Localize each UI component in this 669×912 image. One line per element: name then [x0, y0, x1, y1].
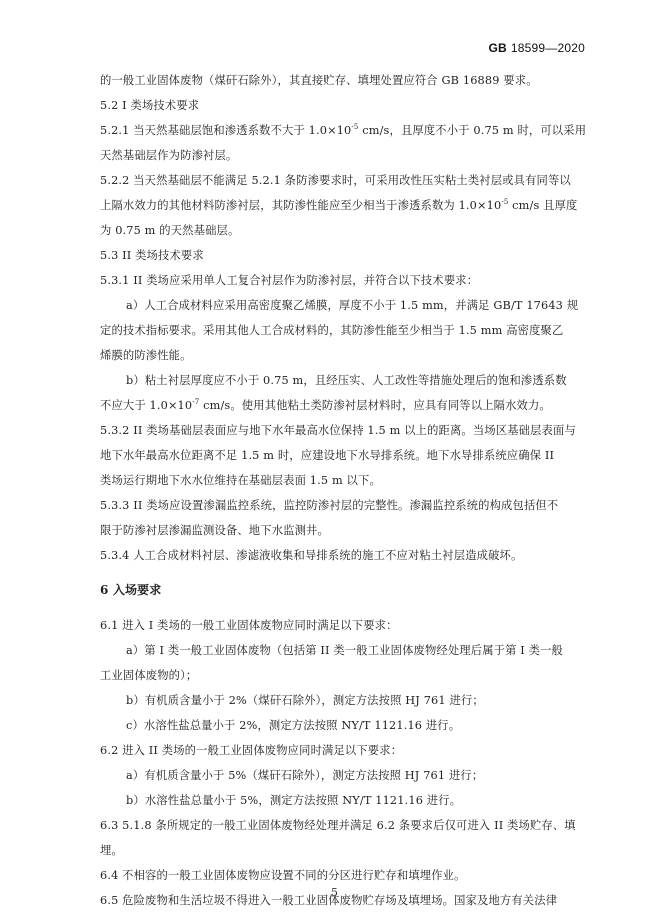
clause-5-3-3: 5.3.3 II 类场应设置渗漏监控系统，监控防渗衬层的完整性。渗漏监控系统的构… [100, 493, 580, 518]
paragraph-line: 不应大于 1.0×10-7 cm/s。使用其他粘土类防渗衬层材料时，应具有同等以… [100, 393, 580, 418]
list-item-c: c）水溶性盐总量小于 2%，测定方法按照 NY/T 1121.16 进行。 [100, 713, 580, 738]
clause-6-2: 6.2 进入 II 类场的一般工业固体废物应同时满足以下要求： [100, 738, 580, 763]
list-item-a: a）第 I 类一般工业固体废物（包括第 II 类一般工业固体废物经处理后属于第 … [100, 638, 580, 663]
paragraph-line: 烯膜的防渗性能。 [100, 343, 580, 368]
clause-6-1: 6.1 进入 I 类场的一般工业固体废物应同时满足以下要求： [100, 613, 580, 638]
clause-5-2-2: 5.2.2 当天然基础层不能满足 5.2.1 条防渗要求时，可采用改性压实粘土类… [100, 168, 580, 193]
page-number: 5 [0, 886, 669, 899]
section-title-5-3: 5.3 II 类场技术要求 [100, 243, 580, 268]
clause-5-2-1: 5.2.1 当天然基础层饱和渗透系数不大于 1.0×10-5 cm/s，且厚度不… [100, 118, 580, 143]
standard-prefix: GB [489, 41, 507, 55]
paragraph-line: 限于防渗衬层渗漏监测设备、地下水监测井。 [100, 518, 580, 543]
chapter-heading-6: 6 入场要求 [100, 578, 580, 603]
paragraph-line: 上隔水效力的其他材料防渗衬层，其防渗性能应至少相当于渗透系数为 1.0×10-5… [100, 193, 580, 218]
clause-6-4: 6.4 不相容的一般工业固体废物应设置不同的分区进行贮存和填埋作业。 [100, 863, 580, 888]
list-item-a: a）人工合成材料应采用高密度聚乙烯膜，厚度不小于 1.5 mm，并满足 GB/T… [100, 293, 580, 318]
standard-number: 18599—2020 [511, 41, 585, 55]
document-header: GB18599—2020 [489, 41, 585, 55]
clause-5-3-4: 5.3.4 人工合成材料衬层、渗滤液收集和导排系统的施工不应对粘土衬层造成破坏。 [100, 543, 580, 568]
list-item-b: b）有机质含量小于 2%（煤矸石除外），测定方法按照 HJ 761 进行； [100, 688, 580, 713]
clause-6-3: 6.3 5.1.8 条所规定的一般工业固体废物经处理并满足 6.2 条要求后仅可… [100, 813, 580, 838]
section-title-5-2: 5.2 I 类场技术要求 [100, 93, 580, 118]
paragraph-line: 类场运行期地下水水位维持在基础层表面 1.5 m 以下。 [100, 468, 580, 493]
paragraph-line: 埋。 [100, 838, 580, 863]
paragraph-line: 定的技术指标要求。采用其他人工合成材料的，其防渗性能至少相当于 1.5 mm 高… [100, 318, 580, 343]
document-body: 的一般工业固体废物（煤矸石除外），其直接贮存、填埋处置应符合 GB 16889 … [100, 68, 580, 912]
clause-5-3-2: 5.3.2 II 类场基础层表面应与地下水年最高水位保持 1.5 m 以上的距离… [100, 418, 580, 443]
list-item-b: b）水溶性盐总量小于 5%，测定方法按照 NY/T 1121.16 进行。 [100, 788, 580, 813]
list-item-a: a）有机质含量小于 5%（煤矸石除外），测定方法按照 HJ 761 进行； [100, 763, 580, 788]
paragraph-line: 地下水年最高水位距离不足 1.5 m 时，应建设地下水导排系统。地下水导排系统应… [100, 443, 580, 468]
paragraph-line: 工业固体废物的）； [100, 663, 580, 688]
paragraph-line: 为 0.75 m 的天然基础层。 [100, 218, 580, 243]
clause-5-3-1: 5.3.1 II 类场应采用单人工复合衬层作为防渗衬层，并符合以下技术要求： [100, 268, 580, 293]
paragraph-line: 天然基础层作为防渗衬层。 [100, 143, 580, 168]
list-item-b: b）粘土衬层厚度应不小于 0.75 m，且经压实、人工改性等措施处理后的饱和渗透… [100, 368, 580, 393]
paragraph-line: 的一般工业固体废物（煤矸石除外），其直接贮存、填埋处置应符合 GB 16889 … [100, 68, 580, 93]
